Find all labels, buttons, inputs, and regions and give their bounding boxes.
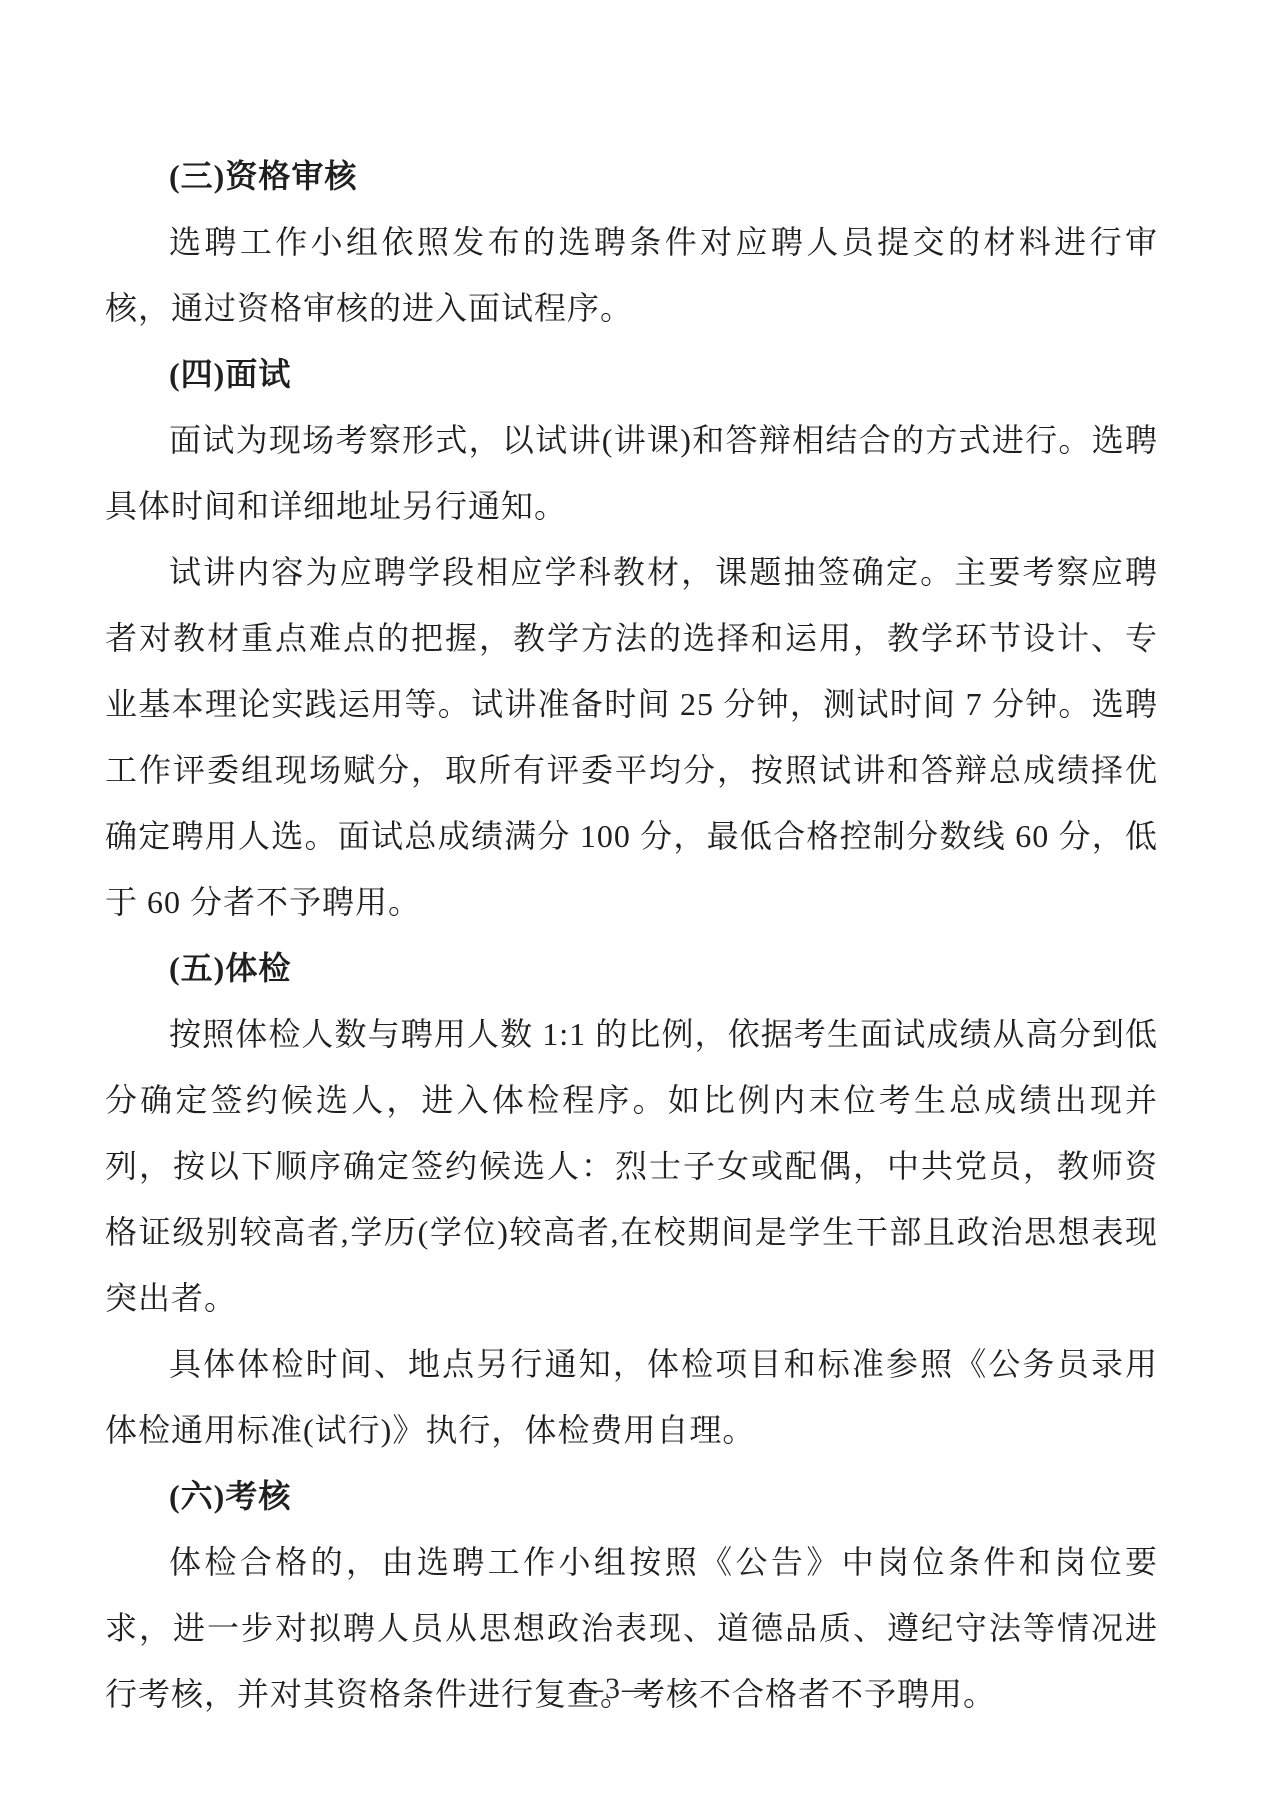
section-heading: (四)面试 — [105, 341, 1158, 407]
document-page: (三)资格审核 选聘工作小组依照发布的选聘条件对应聘人员提交的材料进行审核，通过… — [0, 0, 1280, 1810]
section-physical-exam: (五)体检 按照体检人数与聘用人数 1:1 的比例，依据考生面试成绩从高分到低分… — [105, 935, 1158, 1463]
section-heading: (五)体检 — [105, 935, 1158, 1001]
paragraph: 面试为现场考察形式，以试讲(讲课)和答辩相结合的方式进行。选聘具体时间和详细地址… — [105, 407, 1158, 539]
section-qualification-review: (三)资格审核 选聘工作小组依照发布的选聘条件对应聘人员提交的材料进行审核，通过… — [105, 143, 1158, 341]
paragraph: 具体体检时间、地点另行通知，体检项目和标准参照《公务员录用体检通用标准(试行)》… — [105, 1331, 1158, 1463]
paragraph: 试讲内容为应聘学段相应学科教材，课题抽签确定。主要考察应聘者对教材重点难点的把握… — [105, 539, 1158, 935]
document-body: (三)资格审核 选聘工作小组依照发布的选聘条件对应聘人员提交的材料进行审核，通过… — [105, 143, 1158, 1727]
section-heading: (三)资格审核 — [105, 143, 1158, 209]
page-number: —3— — [87, 1672, 1140, 1706]
section-heading: (六)考核 — [105, 1463, 1158, 1529]
paragraph: 按照体检人数与聘用人数 1:1 的比例，依据考生面试成绩从高分到低分确定签约候选… — [105, 1001, 1158, 1331]
paragraph: 选聘工作小组依照发布的选聘条件对应聘人员提交的材料进行审核，通过资格审核的进入面… — [105, 209, 1158, 341]
section-interview: (四)面试 面试为现场考察形式，以试讲(讲课)和答辩相结合的方式进行。选聘具体时… — [105, 341, 1158, 935]
